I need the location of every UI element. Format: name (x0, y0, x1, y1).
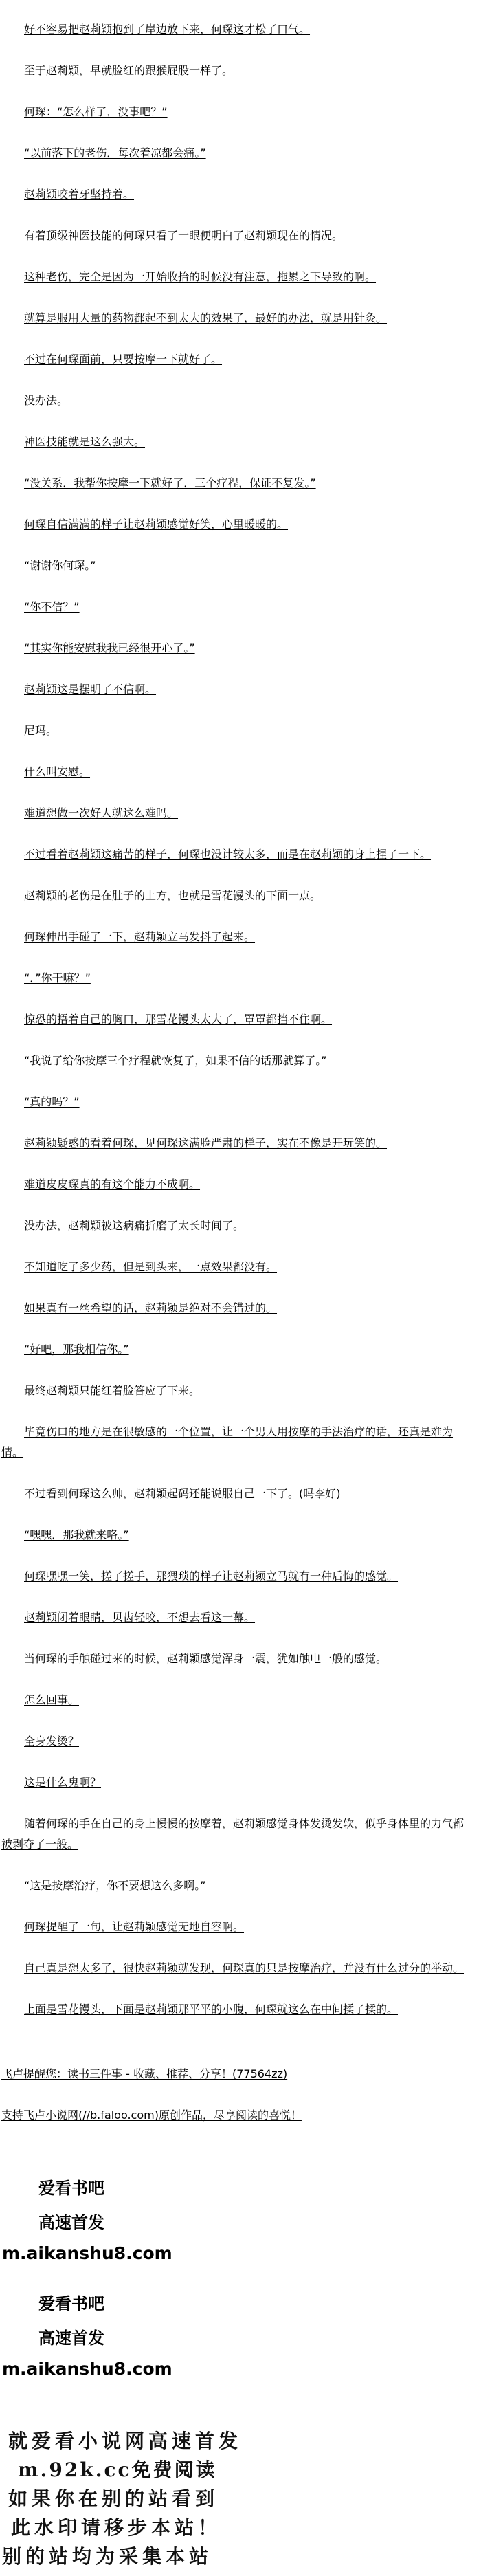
watermark-aikanshu: 爱看书吧 高速首发 m.aikanshu8.com 爱看书吧 高速首发 m.ai… (0, 2171, 481, 2402)
paragraph: “我说了给你按摩三个疗程就恢复了，如果不信的话那就算了。” (0, 1050, 467, 1071)
reading-reminder: 飞卢提醒您：读书三件事 - 收藏、推荐、分享！(77564zz) (0, 2064, 467, 2084)
paragraph: 不过看着赵莉颖这痛苦的样子，何琛也没计较太多，而是在赵莉颖的身上捏了一下。 (0, 844, 467, 865)
stamp-line: 此水印请移步本站！ (0, 2513, 481, 2542)
paragraph: 不过在何琛面前，只要按摩一下就好了。 (0, 349, 467, 370)
paragraph: 如果真有一丝希望的话，赵莉颖是绝对不会错过的。 (0, 1298, 467, 1319)
paragraph: “好吧，那我相信你。” (0, 1339, 467, 1360)
paragraph: 赵莉颖咬着牙坚持着。 (0, 184, 467, 205)
paragraph: “其实你能安慰我我已经很开心了。” (0, 638, 467, 659)
paragraph: 神医技能就是这么强大。 (0, 432, 467, 452)
paragraph: 何琛提醒了一句，让赵莉颖感觉无地自容啊。 (0, 1917, 467, 1937)
site-footer-notes: 飞卢提醒您：读书三件事 - 收藏、推荐、分享！(77564zz) 支持飞卢小说网… (0, 2064, 467, 2146)
paragraph: 何琛：“怎么样了，没事吧？” (0, 102, 467, 122)
support-notice: 支持飞卢小说网(//b.faloo.com)原创作品，尽享阅读的喜悦！ (0, 2105, 467, 2126)
watermark-subtitle: 高速首发 (0, 2205, 481, 2240)
chapter-body: 好不容易把赵莉颖抱到了岸边放下来，何琛这才松了口气。 至于赵莉颖，早就脸红的跟猴… (0, 19, 467, 2040)
paragraph: 随着何琛的手在自己的身上慢慢的按摩着，赵莉颖感觉身体发烫发软，似乎身体里的力气都… (0, 1814, 467, 1855)
watermark-block: 爱看书吧 高速首发 m.aikanshu8.com (0, 2287, 481, 2383)
paragraph: 尼玛。 (0, 720, 467, 741)
paragraph: 赵莉颖的老伤是在肚子的上方，也就是雪花馒头的下面一点。 (0, 885, 467, 906)
paragraph: 赵莉颖闭着眼睛，贝齿轻咬，不想去看这一幕。 (0, 1607, 467, 1628)
paragraph: 难道想做一次好人就这么难吗。 (0, 803, 467, 824)
paragraph: “嘿嘿，那我就来咯。” (0, 1525, 467, 1545)
paragraph: 何琛伸出手碰了一下，赵莉颖立马发抖了起来。 (0, 927, 467, 947)
watermark-url: m.aikanshu8.com (0, 2355, 481, 2383)
paragraph: “没关系，我帮你按摩一下就好了，三个疗程，保证不复发。” (0, 473, 467, 494)
watermark-title: 爱看书吧 (0, 2287, 481, 2321)
paragraph: “以前落下的老伤，每次着凉都会痛。” (0, 143, 467, 164)
paragraph: 好不容易把赵莉颖抱到了岸边放下来，何琛这才松了口气。 (0, 19, 467, 40)
paragraph: “谢谢你何琛。” (0, 555, 467, 576)
paragraph: 这是什么鬼啊？ (0, 1772, 467, 1793)
paragraph: 没办法。 (0, 390, 467, 411)
paragraph: 怎么回事。 (0, 1690, 467, 1710)
paragraph: “你不信？” (0, 597, 467, 617)
paragraph: 全身发烫？ (0, 1731, 467, 1752)
paragraph: “真的吗？” (0, 1092, 467, 1112)
paragraph: 难道皮皮琛真的有这个能力不成啊。 (0, 1174, 467, 1195)
paragraph: 当何琛的手触碰过来的时候，赵莉颖感觉浑身一震，犹如触电一般的感觉。 (0, 1649, 467, 1669)
paragraph: 赵莉颖这是摆明了不信啊。 (0, 679, 467, 700)
paragraph: 毕竟伤口的地方是在很敏感的一个位置，让一个男人用按摩的手法治疗的话，还真是难为情… (0, 1422, 467, 1463)
paragraph: 何琛嘿嘿一笑，搓了搓手，那猥琐的样子让赵莉颖立马就有一种后悔的感觉。 (0, 1566, 467, 1587)
watermark-url: m.aikanshu8.com (0, 2240, 481, 2267)
paragraph: “这是按摩治疗，你不要想这么多啊。” (0, 1875, 467, 1896)
paragraph: 不过看到何琛这么帅，赵莉颖起码还能说服自己一下了。(吗李好) (0, 1484, 467, 1504)
stamp-line: 如果你在别的站看到 (0, 2485, 481, 2513)
paragraph: 不知道吃了多少药，但是到头来，一点效果都没有。 (0, 1257, 467, 1277)
paragraph: 什么叫安慰。 (0, 762, 467, 782)
watermark-subtitle: 高速首发 (0, 2321, 481, 2355)
stamp-line: 就爱看小说网高速首发 (0, 2427, 481, 2456)
stamp-line: 别的站均为采集本站 (0, 2542, 481, 2571)
paragraph: 就算是服用大量的药物都起不到太大的效果了，最好的办法，就是用针灸。 (0, 308, 467, 329)
paragraph: 最终赵莉颖只能红着脸答应了下来。 (0, 1380, 467, 1401)
watermark-block: 爱看书吧 高速首发 m.aikanshu8.com (0, 2171, 481, 2267)
paragraph: 惊恐的捂着自己的胸口，那雪花馒头太大了，罩罩都挡不住啊。 (0, 1009, 467, 1030)
stamp-line: m.92k.cc免费阅读 (0, 2456, 481, 2485)
paragraph: 赵莉颖疑惑的看着何琛，见何琛这满脸严肃的样子，实在不像是开玩笑的。 (0, 1133, 467, 1154)
paragraph: 有着顶级神医技能的何琛只看了一眼便明白了赵莉颖现在的情况。 (0, 225, 467, 246)
paragraph: 至于赵莉颖，早就脸红的跟猴屁股一样了。 (0, 60, 467, 81)
watermark-title: 爱看书吧 (0, 2171, 481, 2205)
paragraph: 这种老伤，完全是因为一开始收拾的时候没有注意，拖累之下导致的啊。 (0, 267, 467, 287)
paragraph: 自己真是想太多了，很快赵莉颖就发现，何琛真的只是按摩治疗，并没有什么过分的举动。 (0, 1958, 467, 1979)
paragraph: 上面是雪花馒头，下面是赵莉颖那平平的小腹，何琛就这么在中间揉了揉的。 (0, 1999, 467, 2020)
paragraph: “，”你干嘛？” (0, 968, 467, 989)
paragraph: 何琛自信满满的样子让赵莉颖感觉好笑，心里暖暖的。 (0, 514, 467, 535)
watermark-stamp: 就爱看小说网高速首发 m.92k.cc免费阅读 如果你在别的站看到 此水印请移步… (0, 2427, 481, 2571)
paragraph: 没办法，赵莉颖被这病痛折磨了太长时间了。 (0, 1215, 467, 1236)
